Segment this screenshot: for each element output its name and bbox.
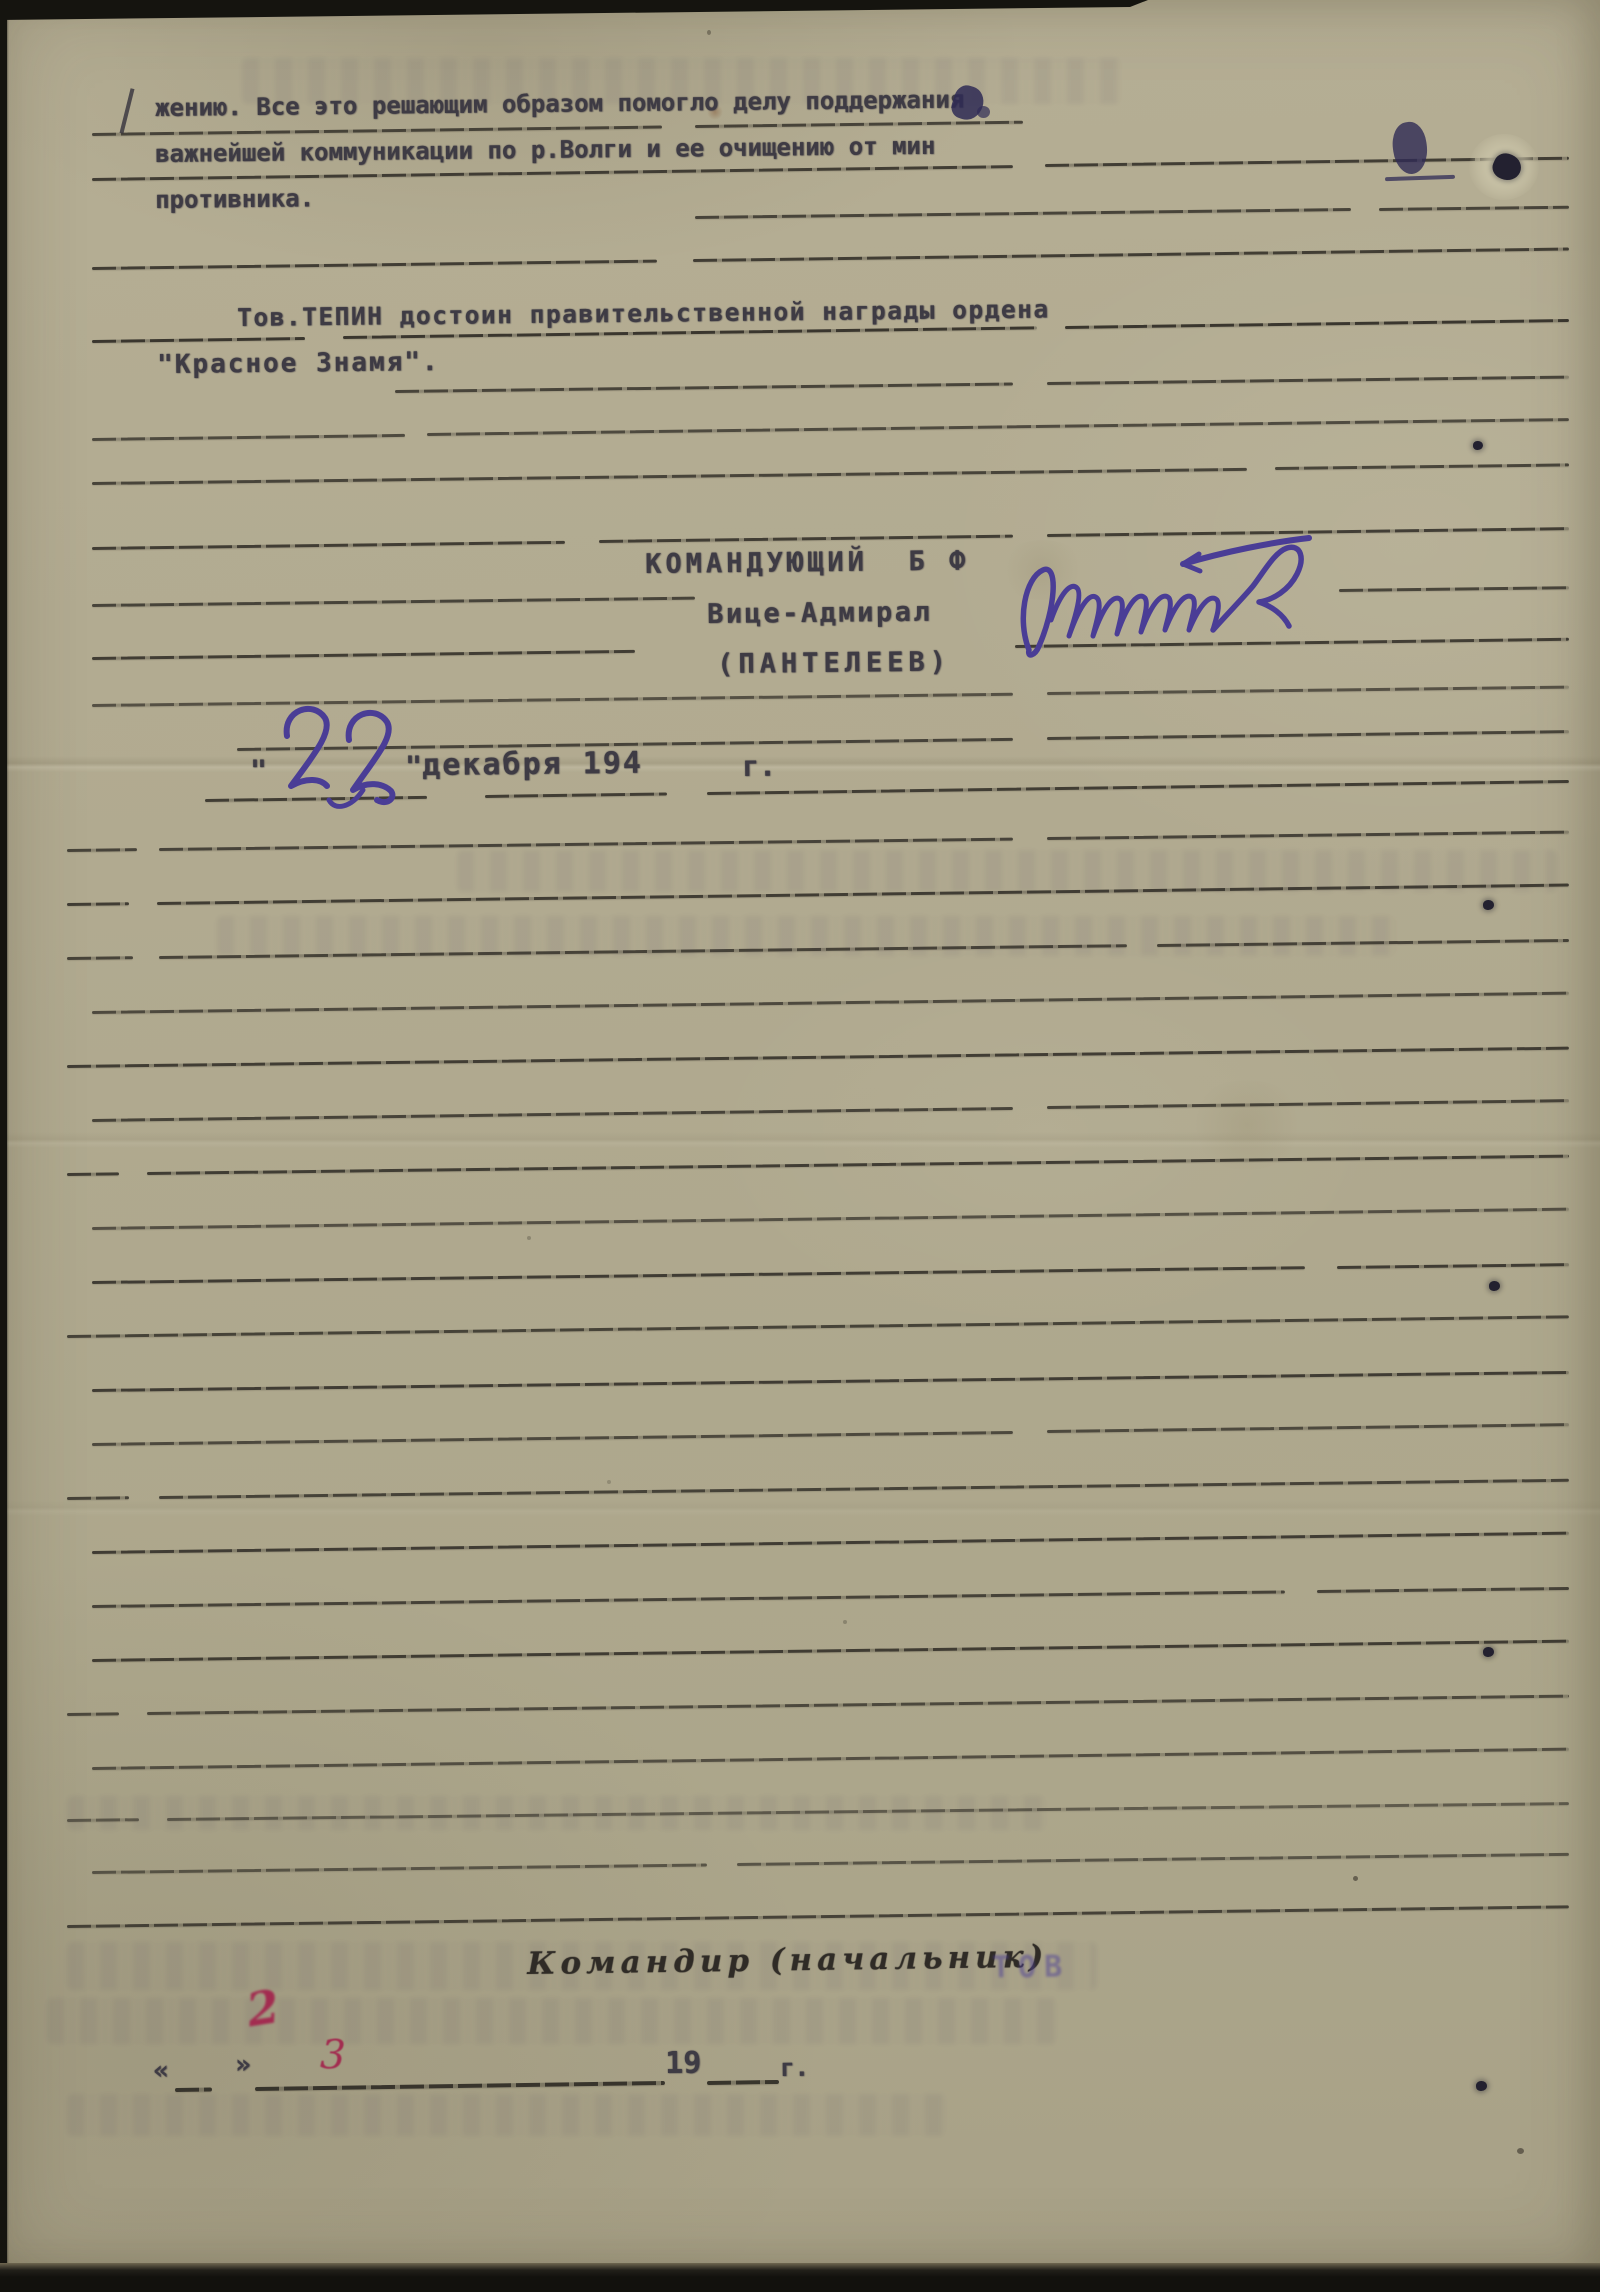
ruled-line bbox=[695, 121, 1023, 128]
commander-title-line: КОМАНДУЮЩИЙ Б Ф bbox=[645, 546, 969, 580]
ruled-line bbox=[1317, 1587, 1569, 1593]
ruled-line bbox=[1047, 376, 1569, 385]
ruled-line bbox=[92, 1639, 1569, 1661]
ink-blot bbox=[977, 106, 990, 118]
ruled-line bbox=[92, 991, 1569, 1013]
ruled-line bbox=[67, 1315, 1569, 1338]
ruled-line bbox=[695, 208, 1351, 219]
ruled-line bbox=[67, 1712, 119, 1716]
punch-hole bbox=[1489, 1281, 1500, 1291]
ruled-line bbox=[485, 793, 667, 799]
ruled-line bbox=[159, 837, 1013, 850]
punch-hole bbox=[1483, 900, 1494, 910]
red-ink-mark-b: 3 bbox=[319, 2032, 346, 2079]
speck bbox=[607, 1480, 611, 1484]
ruled-line bbox=[92, 596, 695, 606]
scan-edge-left bbox=[0, 0, 9, 2268]
ruled-line bbox=[92, 1747, 1569, 1769]
ruled-line bbox=[159, 1479, 1569, 1499]
ruled-line bbox=[92, 1431, 1013, 1446]
ruled-line bbox=[1047, 730, 1569, 740]
handwritten-day-stroke bbox=[329, 790, 363, 806]
ruled-line bbox=[1047, 831, 1569, 840]
ruled-line bbox=[1065, 319, 1569, 329]
punch-hole bbox=[1483, 1647, 1494, 1657]
ruled-line bbox=[92, 1107, 1013, 1122]
signature-flourish-stroke bbox=[1183, 538, 1309, 564]
ruled-line bbox=[157, 883, 1569, 904]
ruled-line bbox=[92, 468, 1247, 485]
body-line-5: "Красное Знамя". bbox=[157, 347, 440, 380]
ink-blot-underline bbox=[1385, 175, 1455, 181]
footer-quote-open: « bbox=[153, 2056, 169, 2086]
ruled-line bbox=[92, 540, 565, 549]
ruled-line bbox=[67, 1496, 129, 1500]
ruled-line bbox=[67, 956, 133, 960]
ruled-line bbox=[707, 2079, 779, 2084]
ruled-line bbox=[67, 1172, 119, 1176]
ruled-line bbox=[67, 1905, 1569, 1928]
bleed-through-smudge bbox=[47, 1998, 1057, 2044]
ruled-line bbox=[147, 1155, 1569, 1175]
signature-stroke bbox=[1213, 547, 1301, 630]
ruled-line bbox=[167, 1802, 1569, 1821]
speck bbox=[1353, 1876, 1358, 1881]
ruled-line bbox=[159, 944, 1127, 959]
ruled-line bbox=[1337, 1263, 1569, 1269]
ruled-line bbox=[255, 2081, 665, 2091]
scanned-document-page: жению. Все это решающим образом помогло … bbox=[0, 0, 1600, 2292]
ruled-line bbox=[1047, 1099, 1569, 1109]
speck bbox=[707, 30, 711, 35]
body-line-4: Тов.ТЕПИН достоин правительственной нагр… bbox=[237, 294, 1050, 332]
ruled-line bbox=[92, 1266, 1305, 1284]
ink-blot bbox=[1390, 120, 1431, 176]
speck bbox=[843, 1620, 847, 1624]
punch-hole bbox=[1473, 441, 1483, 450]
fold-crease bbox=[7, 1500, 1600, 1516]
ruled-line bbox=[427, 418, 1569, 436]
ruled-line bbox=[1339, 586, 1569, 592]
ruled-line bbox=[1047, 1423, 1569, 1433]
ruled-line bbox=[92, 337, 305, 343]
ruled-line bbox=[92, 434, 405, 441]
ruled-line bbox=[67, 1818, 139, 1822]
ruled-line bbox=[92, 1590, 1285, 1608]
paper-sheet: жению. Все это решающим образом помогло … bbox=[7, 0, 1600, 2268]
ruled-line bbox=[707, 780, 1569, 795]
body-line-2: важнейшей коммуникации по р.Волги и ее о… bbox=[155, 132, 936, 168]
ruled-line bbox=[92, 692, 1013, 706]
date-month-text: декабря 194 bbox=[422, 746, 643, 783]
signature-stroke bbox=[1051, 586, 1218, 636]
date-year-letter: г. bbox=[742, 750, 776, 783]
commander-rank-line: Вице-Адмирал bbox=[707, 597, 932, 630]
ruled-line bbox=[599, 535, 1013, 543]
signature-stroke bbox=[1023, 569, 1053, 655]
ruled-line bbox=[92, 1531, 1569, 1553]
ruled-line bbox=[1157, 939, 1569, 947]
body-line-1: жению. Все это решающим образом помогло … bbox=[155, 86, 964, 122]
ruled-line bbox=[67, 902, 129, 906]
red-ink-mark-a: 2 bbox=[243, 1979, 283, 2037]
footer-year-digits: 19 bbox=[665, 2046, 701, 2081]
ruled-line bbox=[693, 247, 1569, 261]
stain bbox=[1187, 1080, 1307, 1170]
footer-commander-label: Командир (начальник) bbox=[527, 1939, 1049, 1982]
handwritten-signature bbox=[1007, 508, 1357, 668]
ruled-line bbox=[67, 848, 137, 852]
commander-name-line: (ПАНТЕЛЕЕВ) bbox=[717, 647, 951, 680]
ruled-line bbox=[175, 2088, 212, 2093]
ruled-line bbox=[92, 125, 662, 135]
ruled-line bbox=[737, 1853, 1569, 1866]
punch-hole bbox=[1476, 2081, 1487, 2091]
fold-crease bbox=[7, 756, 1600, 772]
handwritten-day bbox=[263, 692, 433, 817]
ruled-line bbox=[1275, 464, 1569, 471]
ruled-line bbox=[1379, 206, 1569, 211]
ruled-line bbox=[92, 1207, 1569, 1229]
bleed-through-smudge bbox=[67, 2094, 947, 2136]
ruled-line bbox=[92, 1863, 707, 1874]
footer-year-letter: г. bbox=[780, 2054, 809, 2082]
speck bbox=[1517, 2148, 1524, 2154]
speck bbox=[527, 1236, 531, 1240]
body-line-3: противника. bbox=[155, 184, 314, 214]
footer-ink-stamp: ТОВ bbox=[992, 1949, 1071, 1985]
scan-edge-bottom bbox=[0, 2263, 1600, 2292]
ruled-line bbox=[147, 1695, 1569, 1715]
ruled-line bbox=[395, 382, 1013, 393]
handwritten-day-stroke bbox=[349, 713, 393, 802]
ruled-line bbox=[92, 259, 657, 269]
ruled-line bbox=[67, 1047, 1569, 1068]
ruled-line bbox=[92, 1371, 1569, 1392]
footer-quote-close: » bbox=[235, 2050, 251, 2080]
ruled-line bbox=[1047, 686, 1569, 695]
ruled-line bbox=[92, 650, 635, 660]
pen-tick-mark bbox=[119, 88, 134, 134]
handwritten-day-stroke bbox=[287, 709, 327, 786]
fold-crease bbox=[7, 1132, 1600, 1148]
